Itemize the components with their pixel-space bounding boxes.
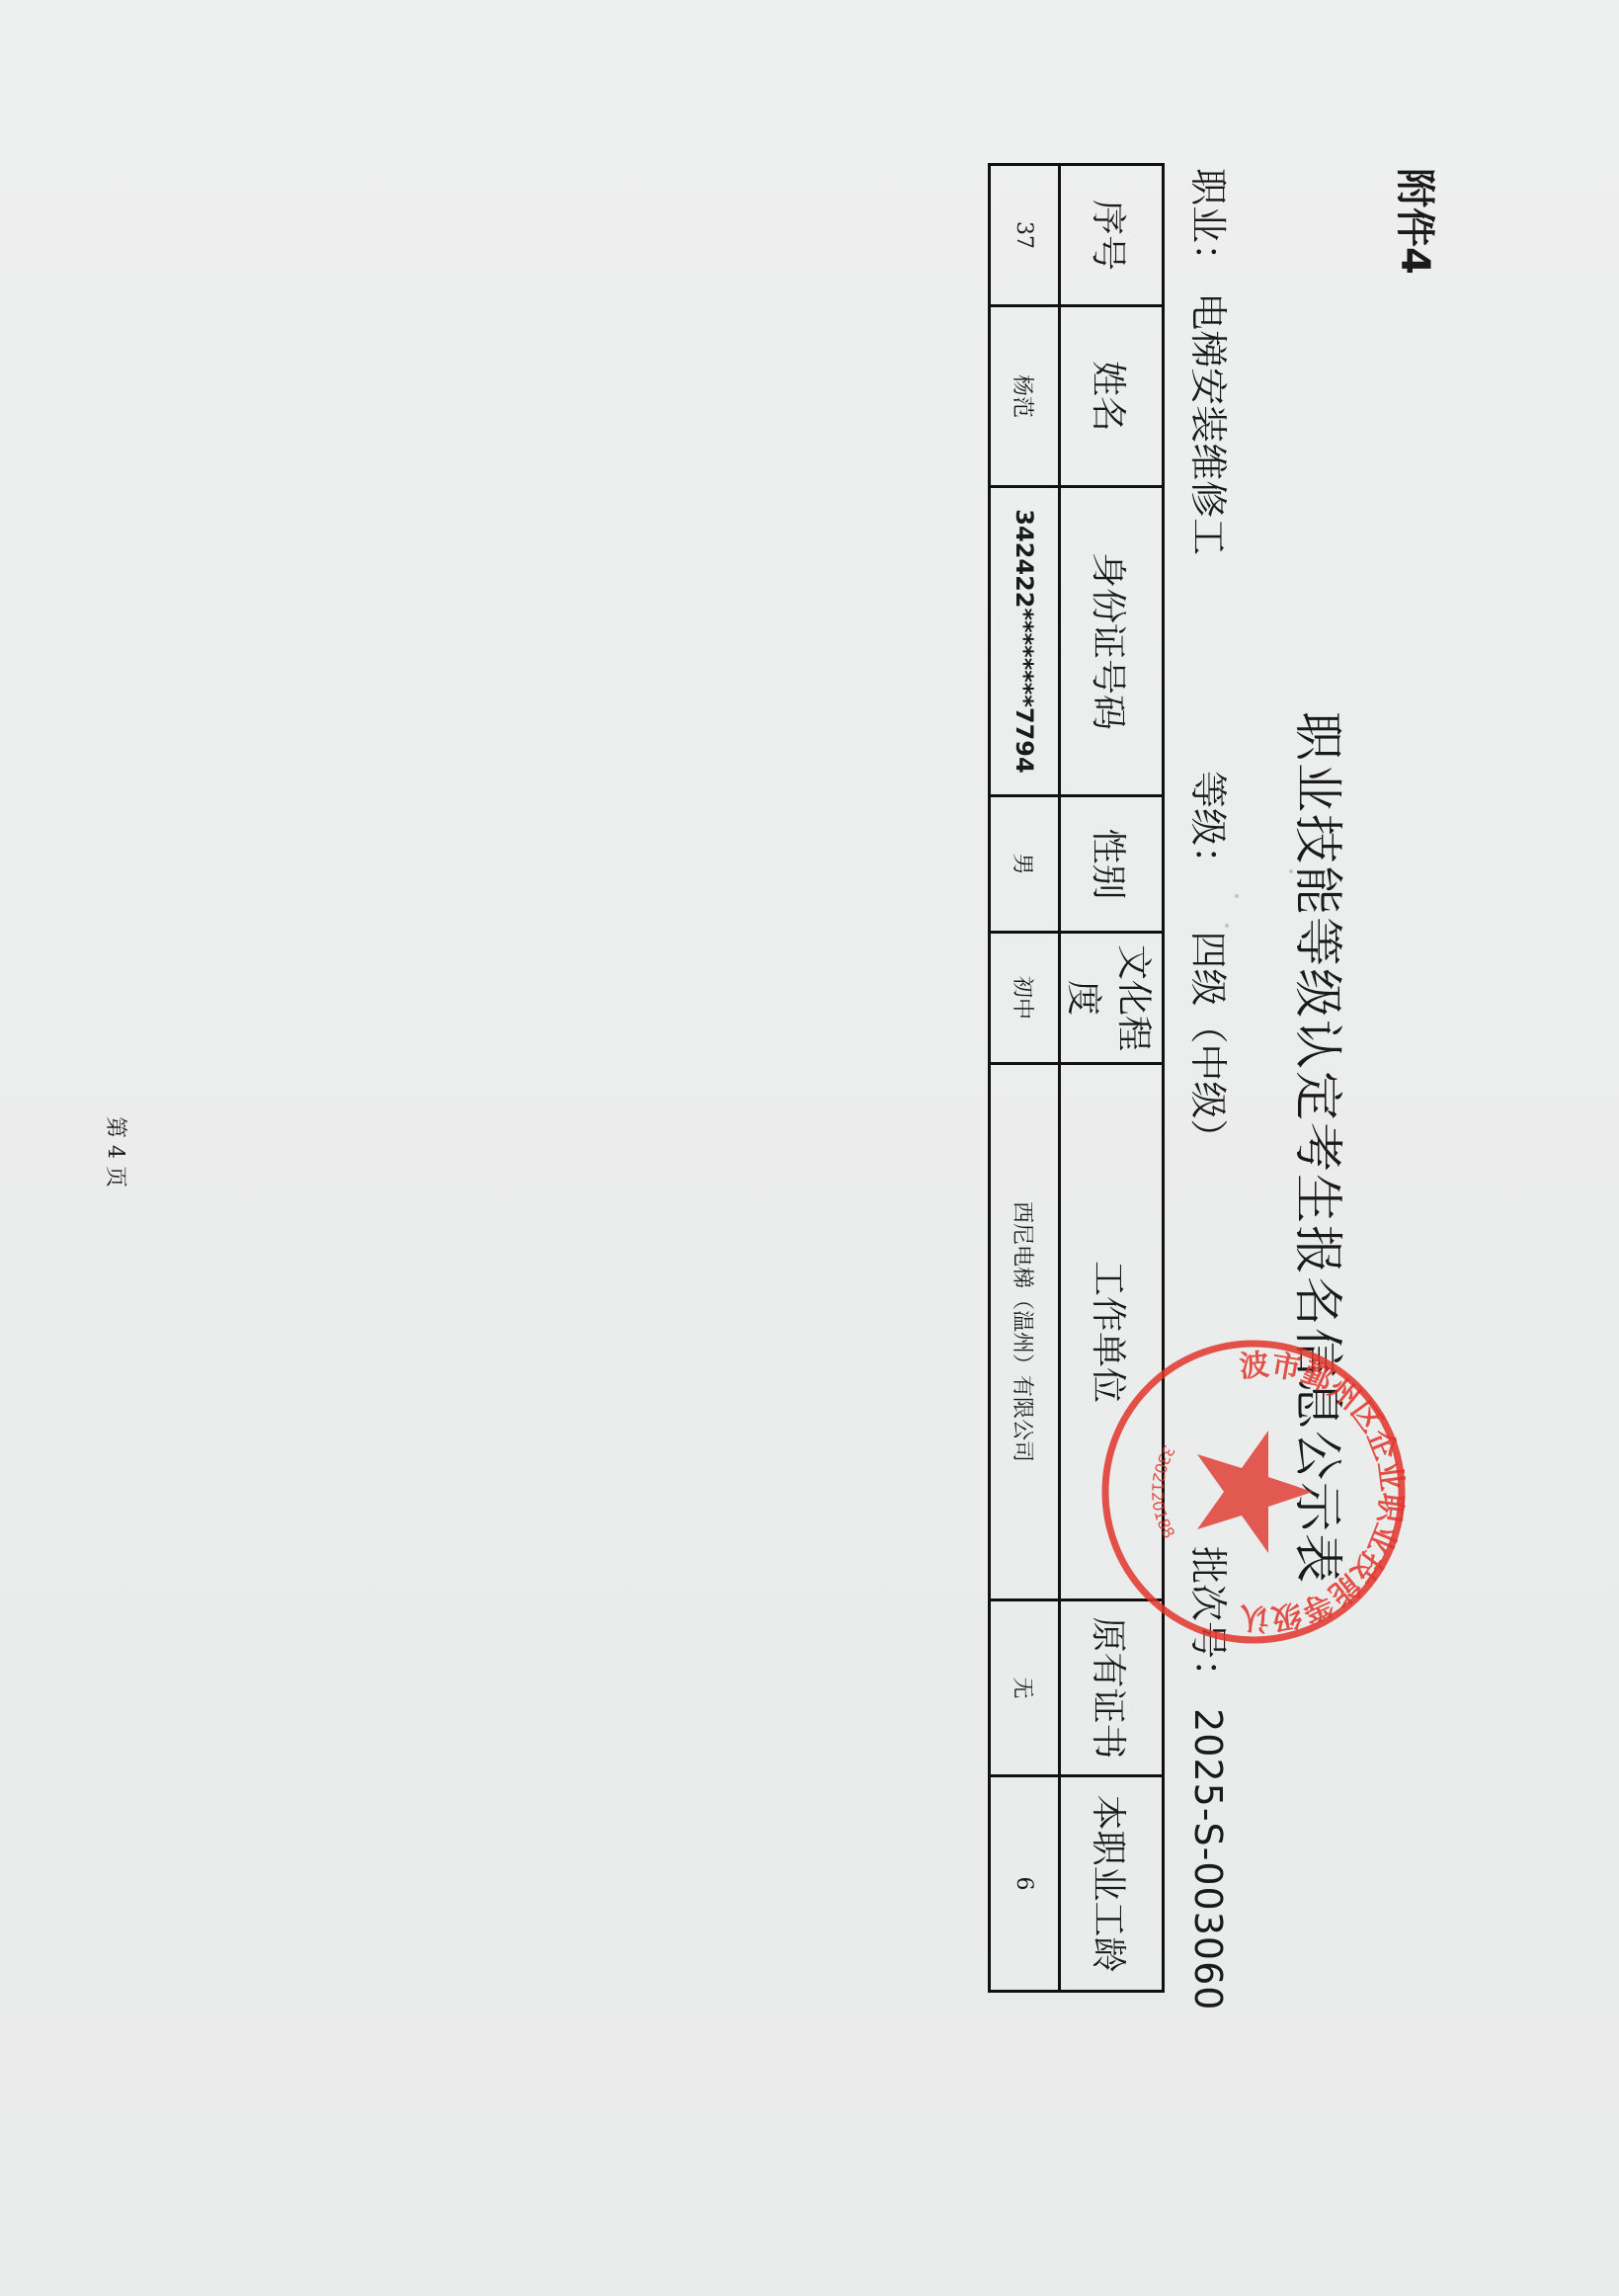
stamp-number: 3302120188 xyxy=(1148,1442,1178,1542)
col-header-name: 姓名 xyxy=(1060,306,1164,487)
official-seal-stamp: 宁波市鄞州区企业职业技能等级认定 3302120188 xyxy=(1095,1334,1412,1650)
level-line: 等级： 四级（中级） xyxy=(1184,771,1239,1156)
star-icon xyxy=(1197,1431,1313,1553)
cell-name: 杨范 xyxy=(990,306,1060,487)
cell-index: 37 xyxy=(990,165,1060,306)
cell-existing-cert: 无 xyxy=(990,1600,1060,1776)
scan-speck xyxy=(1235,894,1239,898)
scan-speck xyxy=(1225,924,1229,928)
table-row: 37 杨范 342422********7794 男 初中 西尼电梯（温州）有限… xyxy=(990,165,1060,1992)
level-value: 四级（中级） xyxy=(1186,931,1230,1156)
page-number: 第 4 页 xyxy=(102,1116,132,1188)
cell-gender: 男 xyxy=(990,796,1060,933)
cell-id-number: 342422********7794 xyxy=(990,487,1060,796)
table-header-row: 序号 姓名 身份证号码 性别 文化程度 工作单位 原有证书 本职业工龄 xyxy=(1060,165,1164,1992)
cell-employer: 西尼电梯（温州）有限公司 xyxy=(990,1064,1060,1600)
document-page: 附件4 职业技能等级认定考生报名信息公示表 职业： 电梯安装维修工 等级： 四级… xyxy=(0,0,1619,2296)
occupation-value: 电梯安装维修工 xyxy=(1186,292,1230,555)
candidate-table: 序号 姓名 身份证号码 性别 文化程度 工作单位 原有证书 本职业工龄 37 杨… xyxy=(988,163,1165,1993)
col-header-work-years: 本职业工龄 xyxy=(1060,1776,1164,1992)
col-header-index: 序号 xyxy=(1060,165,1164,306)
level-label: 等级： xyxy=(1186,771,1230,883)
occupation-line: 职业： 电梯安装维修工 xyxy=(1184,168,1239,555)
col-header-id-number: 身份证号码 xyxy=(1060,487,1164,796)
cell-education: 初中 xyxy=(990,933,1060,1064)
scan-speck xyxy=(1289,869,1293,873)
attachment-label: 附件4 xyxy=(1390,168,1446,275)
col-header-education: 文化程度 xyxy=(1060,933,1164,1064)
batch-value: 2025-S-003060 xyxy=(1186,1708,1230,2010)
col-header-gender: 性别 xyxy=(1060,796,1164,933)
cell-work-years: 6 xyxy=(990,1776,1060,1992)
occupation-label: 职业： xyxy=(1186,168,1230,281)
